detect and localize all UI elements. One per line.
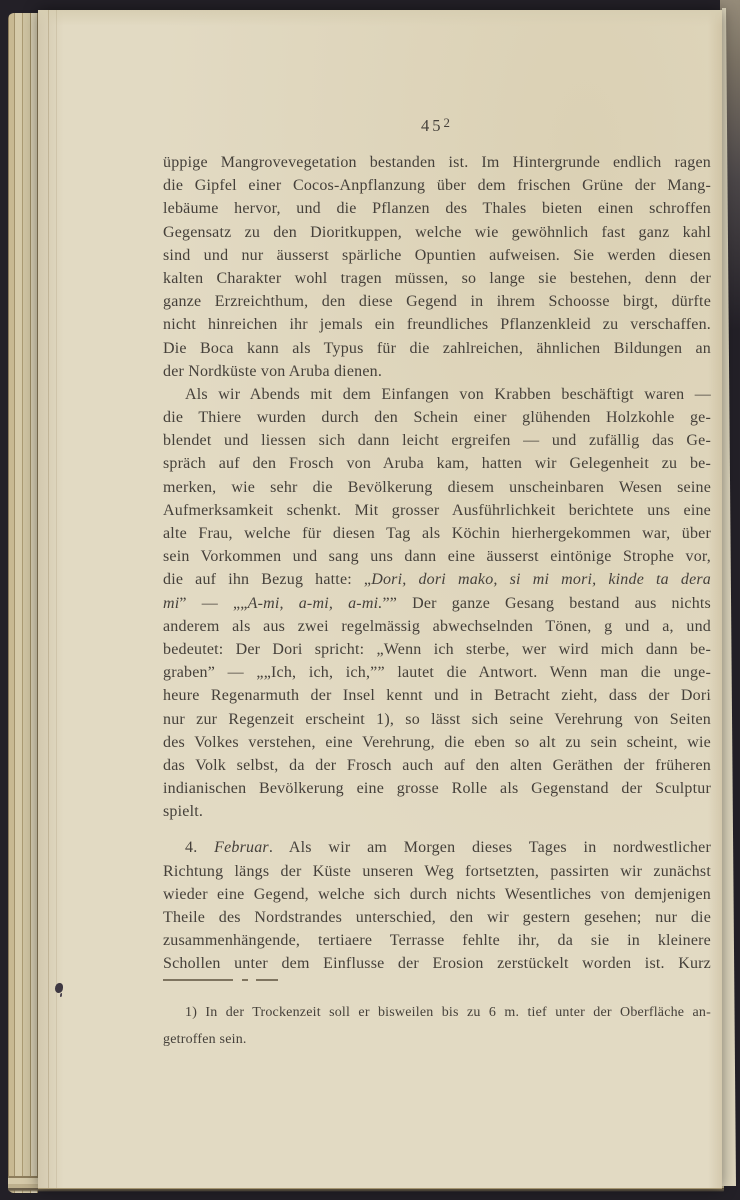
separator-dash bbox=[242, 979, 248, 981]
text-run: 4. bbox=[185, 839, 214, 856]
text-line: des Volkes verstehen, eine Verehrung, di… bbox=[163, 731, 711, 754]
text-run: lebäume hervor, und die Pflanzen des Tha… bbox=[163, 200, 711, 217]
text-run: 1) In der Trockenzeit soll er bisweilen … bbox=[185, 1005, 711, 1020]
text-run: die Gipfel einer Cocos-Anpflanzung über … bbox=[163, 177, 711, 194]
left-page-edges bbox=[8, 13, 38, 1193]
body-paragraph: 4. Februar. Als wir am Morgen dieses Tag… bbox=[163, 836, 711, 975]
italic-text: mi bbox=[163, 595, 179, 612]
text-run: merken, wie sehr die Bevölkerung diesem … bbox=[163, 479, 711, 496]
text-run: kalten Charakter wohl tragen müssen, so … bbox=[163, 270, 711, 287]
page-number-digit: 5 bbox=[432, 116, 443, 135]
text-line: kalten Charakter wohl tragen müssen, so … bbox=[163, 267, 711, 290]
binding-crease bbox=[48, 10, 49, 1188]
text-line: anderem als aus zwei regelmässig abwechs… bbox=[163, 615, 711, 638]
page: 452 üppige Mangrovevegetation bestanden … bbox=[38, 10, 722, 1189]
text-run: . Als wir am Morgen dieses Tages in nord… bbox=[269, 839, 711, 856]
text-run: Richtung längs der Küste unseren Weg for… bbox=[163, 863, 711, 880]
italic-text: Dori, dori mako, si mi mori, kinde ta de… bbox=[371, 571, 711, 588]
ink-speck bbox=[55, 983, 63, 993]
footnote-line: getroffen sein. bbox=[163, 1026, 711, 1053]
text-run: ” — „„ bbox=[179, 595, 247, 612]
text-run: anderem als aus zwei regelmässig abwechs… bbox=[163, 618, 711, 635]
text-line: 4. Februar. Als wir am Morgen dieses Tag… bbox=[163, 836, 711, 859]
footnote-separator bbox=[163, 978, 711, 982]
text-run: getroffen sein. bbox=[163, 1032, 247, 1047]
separator-dash bbox=[163, 979, 233, 981]
text-line: lebäume hervor, und die Pflanzen des Tha… bbox=[163, 197, 711, 220]
text-line: bedeutet: Der Dori spricht: „Wenn ich st… bbox=[163, 638, 711, 661]
body-paragraph: üppige Mangrovevegetation bestanden ist.… bbox=[163, 151, 711, 383]
text-line: mi” — „„A-mi, a-mi, a-mi.”” Der ganze Ge… bbox=[163, 592, 711, 615]
text-run: die auf ihn Bezug hatte: „ bbox=[163, 571, 371, 588]
text-run: Aufmerksamkeit schenkt. Mit grosser Ausf… bbox=[163, 502, 711, 519]
text-run: indianischen Bevölkerung eine grosse Rol… bbox=[163, 780, 711, 797]
text-run: des Volkes verstehen, eine Verehrung, di… bbox=[163, 734, 711, 751]
text-run: Als wir Abends mit dem Einfangen von Kra… bbox=[185, 386, 711, 403]
text-run: Gegensatz zu den Dioritkuppen, welche wi… bbox=[163, 224, 711, 241]
text-line: sein Vorkommen und sang uns dann eine äu… bbox=[163, 545, 711, 568]
text-line: sind und nur äusserst spärliche Opuntien… bbox=[163, 244, 711, 267]
text-line: blendet und liessen sich dann leicht erg… bbox=[163, 429, 711, 452]
text-line: spielt. bbox=[163, 800, 711, 823]
page-number-digit: 4 bbox=[421, 116, 432, 135]
text-run: zusammenhängende, tertiaere Terrasse feh… bbox=[163, 932, 711, 949]
text-line: Als wir Abends mit dem Einfangen von Kra… bbox=[163, 383, 711, 406]
text-run: Theile des Nordstrandes unterschied, den… bbox=[163, 909, 711, 926]
text-line: heure Regenarmuth der Insel kennt und in… bbox=[163, 684, 711, 707]
text-run: Die Boca kann als Typus für die zahlreic… bbox=[163, 340, 711, 357]
text-line: spräch auf den Frosch von Aruba kam, hat… bbox=[163, 452, 711, 475]
text-line: Schollen unter dem Einflusse der Erosion… bbox=[163, 952, 711, 975]
text-run: ”” Der ganze Gesang bestand aus nichts bbox=[382, 595, 711, 612]
text-run: ganze Erzreichthum, den diese Gegend in … bbox=[163, 293, 711, 310]
text-line: ganze Erzreichthum, den diese Gegend in … bbox=[163, 290, 711, 313]
text-run: nur zur Regenzeit erscheint 1), so lässt… bbox=[163, 711, 711, 728]
text-line: die Gipfel einer Cocos-Anpflanzung über … bbox=[163, 174, 711, 197]
text-line: graben” — „„Ich, ich, ich,”” lautet die … bbox=[163, 661, 711, 684]
italic-text: A-mi, a-mi, a-mi. bbox=[248, 595, 383, 612]
text-run: das Volk selbst, da der Frosch auch auf … bbox=[163, 757, 711, 774]
text-run: blendet und liessen sich dann leicht erg… bbox=[163, 432, 711, 449]
text-run: graben” — „„Ich, ich, ich,”” lautet die … bbox=[163, 664, 711, 681]
body-paragraph: Als wir Abends mit dem Einfangen von Kra… bbox=[163, 383, 711, 824]
text-line: Die Boca kann als Typus für die zahlreic… bbox=[163, 337, 711, 360]
text-run: spräch auf den Frosch von Aruba kam, hat… bbox=[163, 455, 711, 472]
text-line: alte Frau, welche für diesen Tag als Köc… bbox=[163, 522, 711, 545]
text-line: indianischen Bevölkerung eine grosse Rol… bbox=[163, 777, 711, 800]
text-body: üppige Mangrovevegetation bestanden ist.… bbox=[163, 151, 711, 1053]
text-line: wieder eine Gegend, welche sich durch ni… bbox=[163, 883, 711, 906]
footnote: 1) In der Trockenzeit soll er bisweilen … bbox=[163, 999, 711, 1053]
text-run: Schollen unter dem Einflusse der Erosion… bbox=[163, 955, 711, 972]
text-run: alte Frau, welche für diesen Tag als Köc… bbox=[163, 525, 711, 542]
text-line: der Nordküste von Aruba dienen. bbox=[163, 360, 711, 383]
text-run: sind und nur äusserst spärliche Opuntien… bbox=[163, 247, 711, 264]
text-line: die auf ihn Bezug hatte: „Dori, dori mak… bbox=[163, 568, 711, 591]
text-line: nur zur Regenzeit erscheint 1), so lässt… bbox=[163, 708, 711, 731]
text-line: Theile des Nordstrandes unterschied, den… bbox=[163, 906, 711, 929]
text-run: spielt. bbox=[163, 803, 203, 820]
text-line: Gegensatz zu den Dioritkuppen, welche wi… bbox=[163, 221, 711, 244]
separator-dash bbox=[256, 979, 278, 981]
text-run: bedeutet: Der Dori spricht: „Wenn ich st… bbox=[163, 641, 711, 658]
book-scan: 452 üppige Mangrovevegetation bestanden … bbox=[0, 0, 740, 1200]
text-line: Richtung längs der Küste unseren Weg for… bbox=[163, 860, 711, 883]
text-run: wieder eine Gegend, welche sich durch ni… bbox=[163, 886, 711, 903]
page-number-digit: 2 bbox=[444, 116, 453, 130]
text-line: das Volk selbst, da der Frosch auch auf … bbox=[163, 754, 711, 777]
text-run: nicht hinreichen ihr jemals ein freundli… bbox=[163, 316, 711, 333]
text-line: Aufmerksamkeit schenkt. Mit grosser Ausf… bbox=[163, 499, 711, 522]
binding-crease bbox=[56, 10, 57, 1188]
text-run: üppige Mangrovevegetation bestanden ist.… bbox=[163, 154, 711, 171]
text-line: üppige Mangrovevegetation bestanden ist.… bbox=[163, 151, 711, 174]
text-line: nicht hinreichen ihr jemals ein freundli… bbox=[163, 313, 711, 336]
italic-text: Februar bbox=[214, 839, 269, 856]
page-number: 452 bbox=[163, 116, 711, 136]
text-line: die Thiere wurden durch den Schein einer… bbox=[163, 406, 711, 429]
footnote-line: 1) In der Trockenzeit soll er bisweilen … bbox=[163, 999, 711, 1026]
text-run: die Thiere wurden durch den Schein einer… bbox=[163, 409, 711, 426]
text-run: heure Regenarmuth der Insel kennt und in… bbox=[163, 687, 711, 704]
text-run: der Nordküste von Aruba dienen. bbox=[163, 363, 382, 380]
text-line: zusammenhängende, tertiaere Terrasse feh… bbox=[163, 929, 711, 952]
text-line: merken, wie sehr die Bevölkerung diesem … bbox=[163, 476, 711, 499]
text-run: sein Vorkommen und sang uns dann eine äu… bbox=[163, 548, 711, 565]
